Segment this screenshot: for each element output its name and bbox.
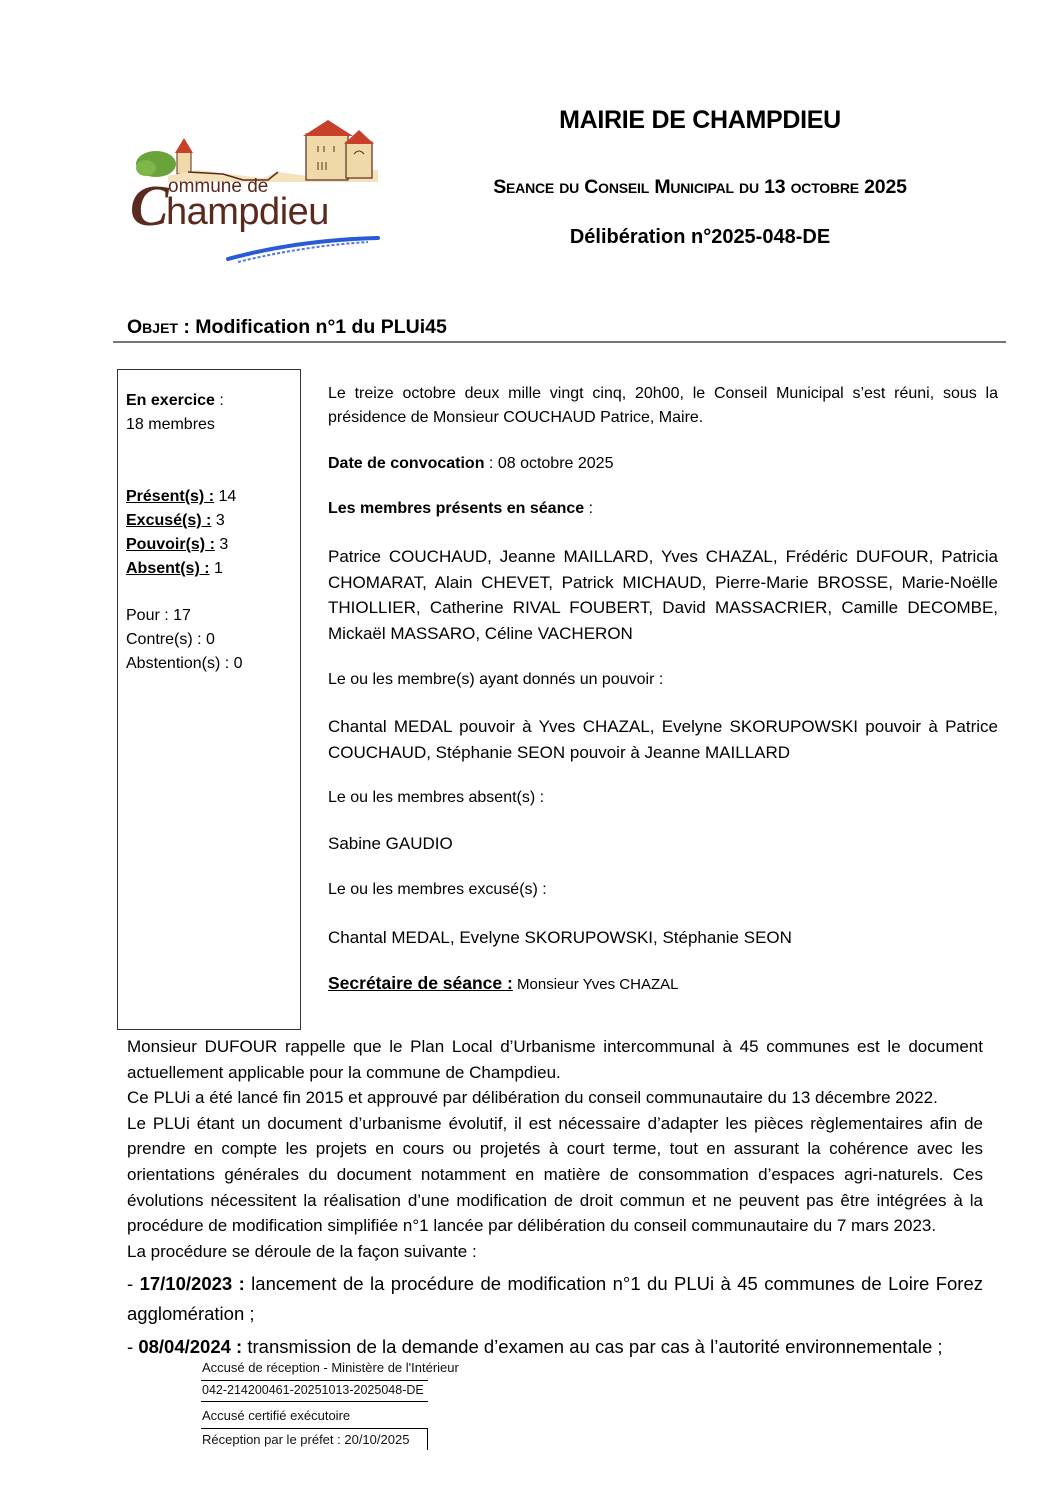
paragraph-2: Ce PLUi a été lancé fin 2015 et approuvé…: [127, 1085, 983, 1111]
pouvoir-heading: Le ou les membre(s) ayant donnés un pouv…: [328, 668, 998, 692]
stamp-divider: [201, 1401, 428, 1402]
deliberation-number: Délibération n°2025-048-DE: [440, 226, 960, 249]
attendance-summary-box: [117, 369, 301, 1030]
mairie-title: MAIRIE DE CHAMPDIEU: [440, 106, 960, 135]
secretaire-line: Secrétaire de séance : Monsieur Yves CHA…: [328, 971, 998, 997]
stamp-divider: [201, 1428, 428, 1429]
convocation-date: Date de convocation : 08 octobre 2025: [328, 452, 998, 476]
en-exercice-label: En exercice: [126, 392, 215, 409]
body-text: Monsieur DUFOUR rappelle que le Plan Loc…: [127, 1034, 983, 1362]
attendance-counts: Présent(s) : 14 Excusé(s) : 3 Pouvoir(s)…: [126, 485, 236, 581]
excuses-heading: Le ou les membres excusé(s) :: [328, 878, 998, 902]
objet-value: Modification n°1 du PLUi45: [195, 316, 447, 338]
paragraph-4: La procédure se déroule de la façon suiv…: [127, 1239, 983, 1265]
count-pouvoirs: Pouvoir(s) : 3: [126, 533, 236, 557]
secretaire-value: Monsieur Yves CHAZAL: [513, 976, 679, 993]
procedure-step: - 08/04/2024 : transmission de la demand…: [127, 1332, 983, 1362]
presents-list: Patrice COUCHAUD, Jeanne MAILLARD, Yves …: [328, 544, 998, 646]
excuses-list: Chantal MEDAL, Evelyne SKORUPOWSKI, Stép…: [328, 926, 998, 950]
vote-contre: Contre(s) : 0: [126, 628, 243, 652]
paragraph-3: Le PLUi étant un document d’urbanisme év…: [127, 1111, 983, 1239]
paragraph-1: Monsieur DUFOUR rappelle que le Plan Loc…: [127, 1034, 983, 1085]
pouvoir-list: Chantal MEDAL pouvoir à Yves CHAZAL, Eve…: [328, 714, 998, 765]
en-exercice: En exercice : 18 membres: [126, 389, 224, 437]
count-absents: Absent(s) : 1: [126, 557, 236, 581]
absents-list: Sabine GAUDIO: [328, 832, 998, 856]
stamp-line-4: Réception par le préfet : 20/10/2025: [202, 1432, 409, 1447]
svg-text:hampdieu: hampdieu: [166, 191, 329, 233]
stamp-line-3: Accusé certifié exécutoire: [202, 1408, 350, 1423]
stamp-line-1: Accusé de réception - Ministère de l'Int…: [202, 1360, 459, 1375]
vote-abstention: Abstention(s) : 0: [126, 652, 243, 676]
procedure-step: - 17/10/2023 : lancement de la procédure…: [127, 1269, 983, 1329]
vote-pour: Pour : 17: [126, 604, 243, 628]
village-illustration-icon: ommune de C hampdieu: [128, 112, 380, 267]
session-intro: Le treize octobre deux mille vingt cinq,…: [328, 382, 998, 430]
stamp-line-2: 042-214200461-20251013-2025048-DE: [202, 1383, 424, 1397]
stamp-divider: [201, 1380, 428, 1381]
stamp-border: [427, 1428, 428, 1450]
presents-heading: Les membres présents en séance :: [328, 497, 998, 521]
seance-title: Seance du Conseil Municipal du 13 octobr…: [440, 176, 960, 199]
en-exercice-value: 18 membres: [126, 416, 215, 433]
absents-heading: Le ou les membres absent(s) :: [328, 786, 998, 810]
count-excuses: Excusé(s) : 3: [126, 509, 236, 533]
commune-logo: ommune de C hampdieu: [128, 112, 380, 267]
vote-results: Pour : 17 Contre(s) : 0 Abstention(s) : …: [126, 604, 243, 676]
objet-line: Objet : Modification n°1 du PLUi45: [127, 316, 447, 339]
objet-divider: [113, 341, 1006, 343]
svg-text:C: C: [130, 173, 170, 238]
secretaire-label: Secrétaire de séance :: [328, 973, 513, 993]
count-presents: Présent(s) : 14: [126, 485, 236, 509]
objet-label: Objet :: [127, 316, 190, 338]
